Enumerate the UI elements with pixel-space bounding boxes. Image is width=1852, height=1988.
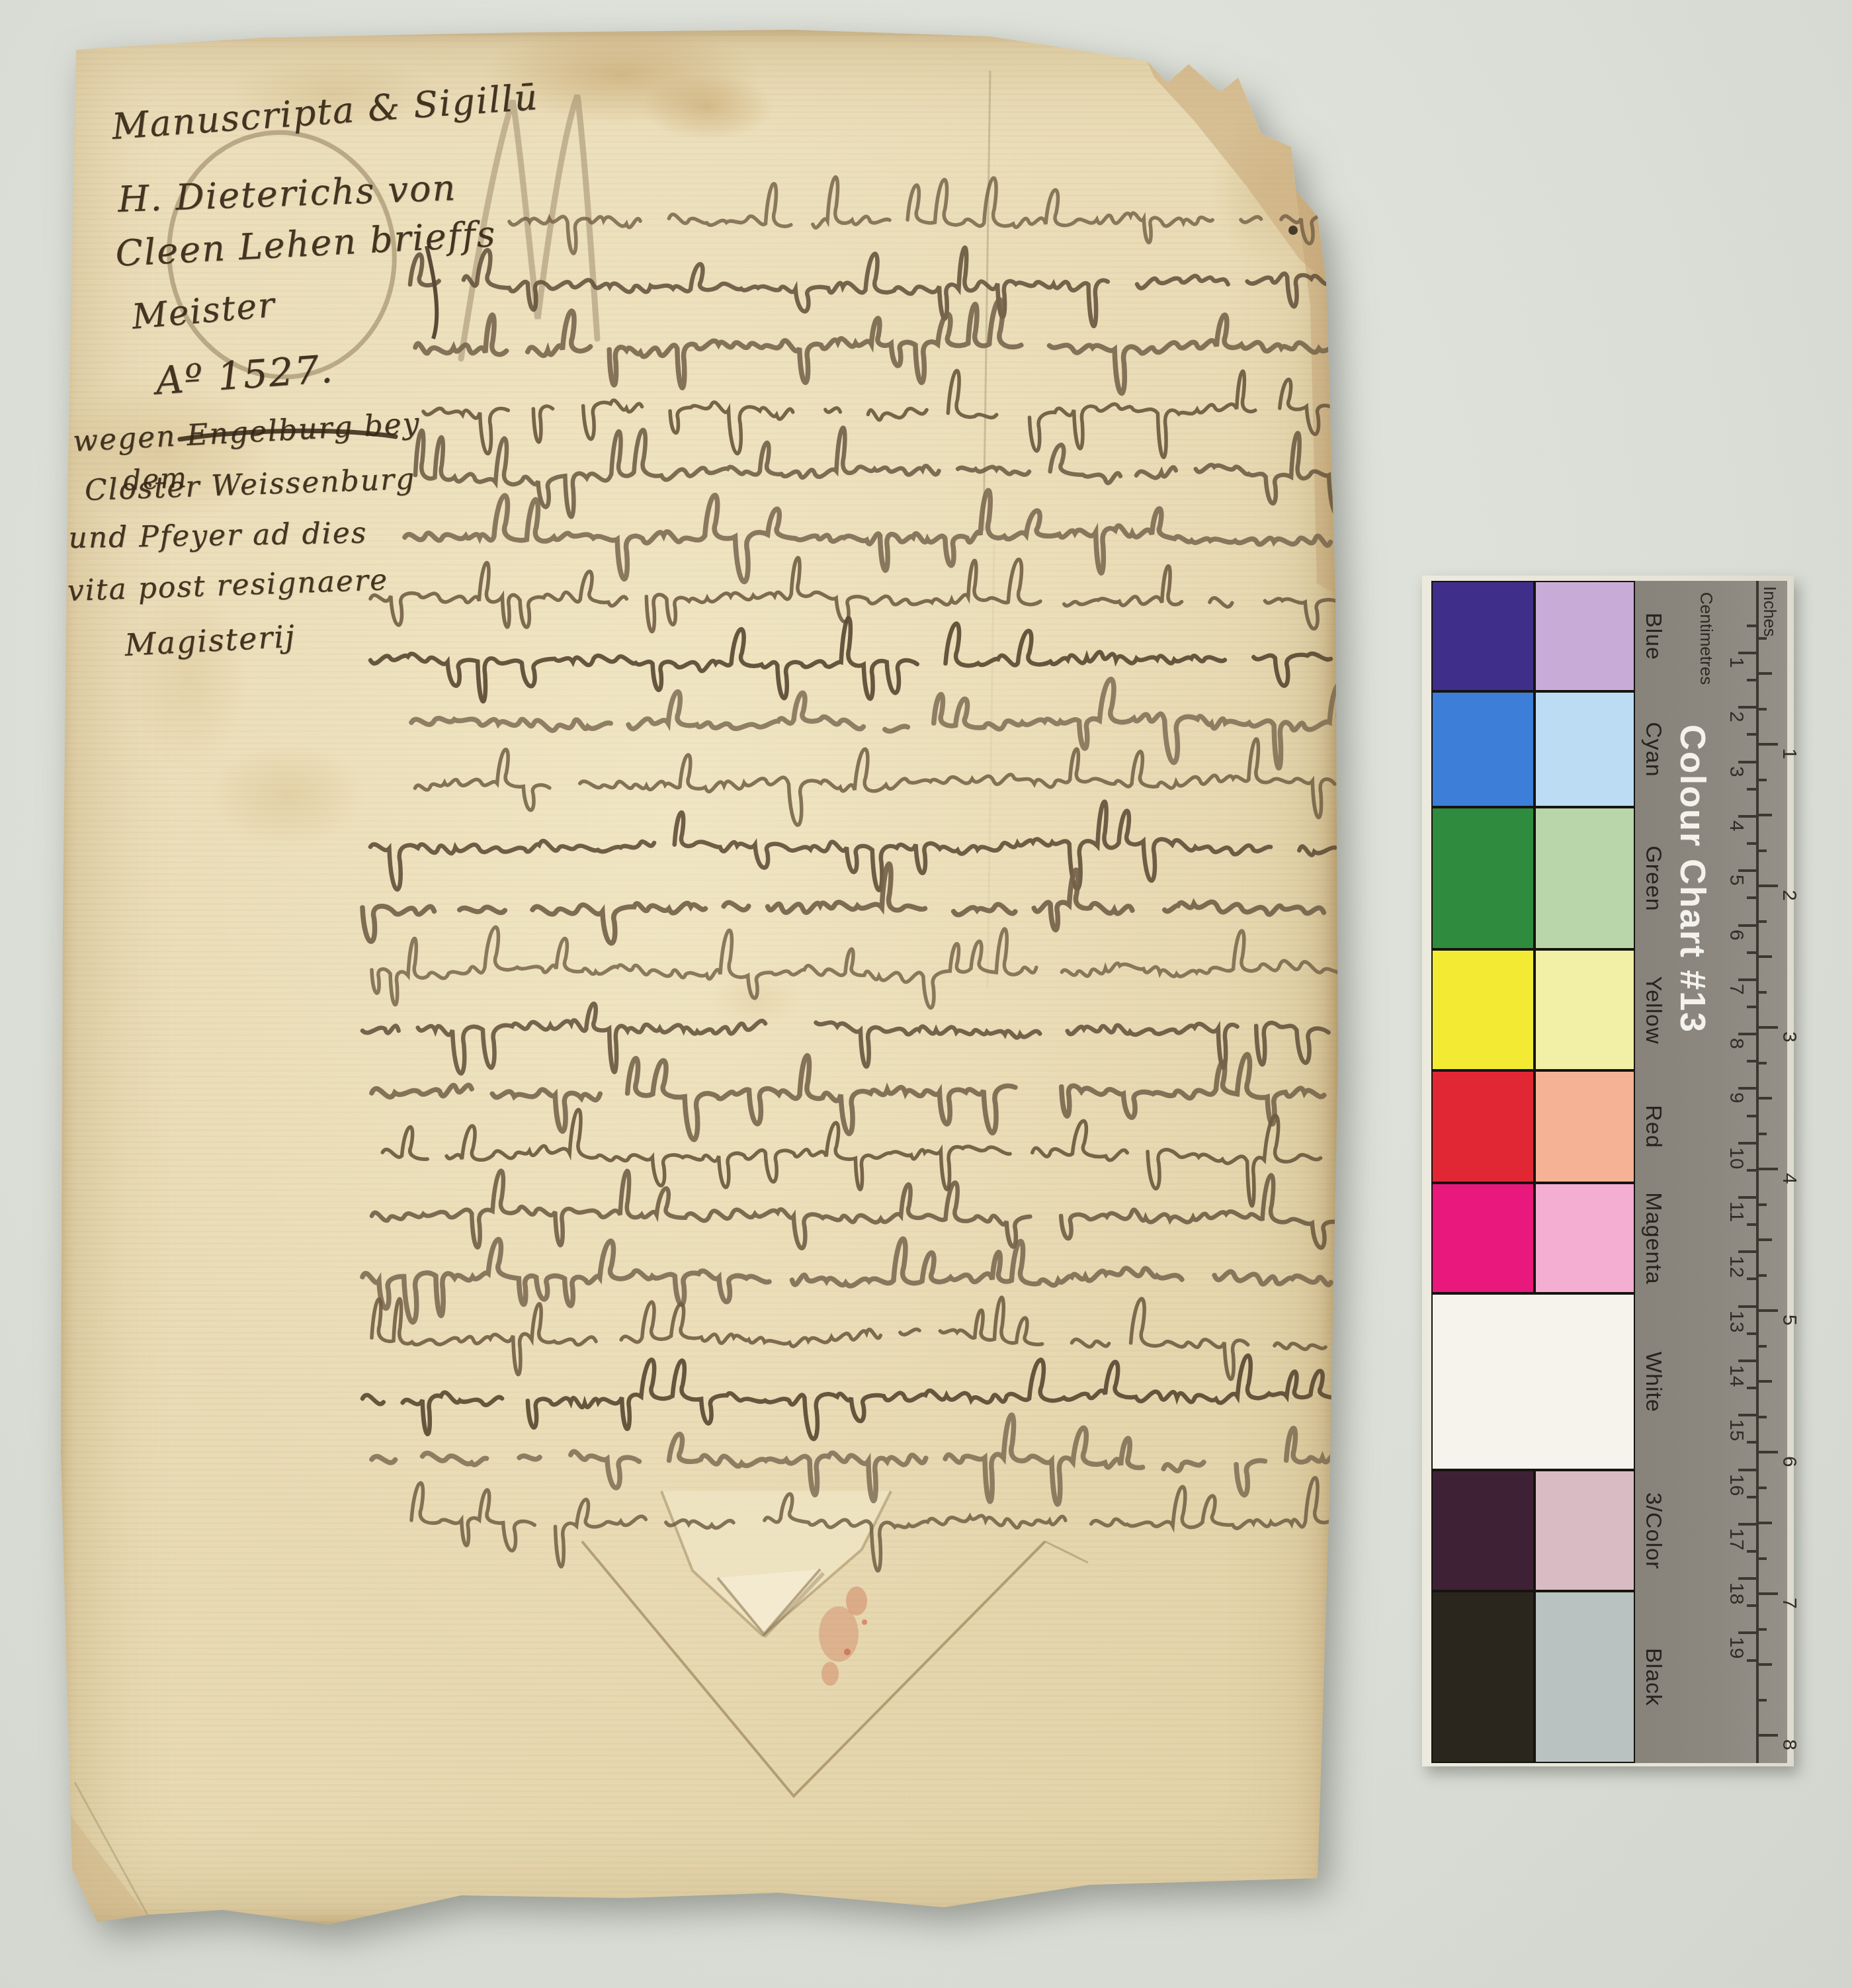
quarter-inch-tick <box>1759 708 1767 711</box>
row-label-cyan: Cyan <box>1640 722 1666 777</box>
quarter-inch-tick <box>1759 1487 1767 1489</box>
cm-tick <box>1738 1360 1756 1362</box>
script-line <box>410 247 1339 326</box>
cm-tick <box>1738 978 1756 981</box>
script-line <box>370 618 1331 701</box>
patch-saturated <box>1433 1072 1533 1182</box>
script-line <box>411 679 1339 768</box>
cm-tick <box>1738 869 1756 872</box>
inch-number: 8 <box>1778 1739 1800 1750</box>
patch-saturated <box>1433 1471 1533 1590</box>
chart-label-band: Colour Chart #13 Centimetres Inches 1234… <box>1635 581 1787 1763</box>
dog-ear-corner <box>69 1814 149 1919</box>
half-cm-tick <box>1747 951 1756 954</box>
cm-tick <box>1738 815 1756 818</box>
cm-number: 15 <box>1725 1419 1747 1441</box>
half-inch-tick <box>1759 1522 1772 1524</box>
half-cm-tick <box>1747 1115 1756 1117</box>
quarter-inch-tick <box>1759 1345 1767 1348</box>
patch-tint <box>1536 582 1634 690</box>
half-cm-tick <box>1747 733 1756 736</box>
cm-tick <box>1738 1033 1756 1035</box>
inch-tick <box>1759 1592 1778 1595</box>
wax-traces <box>819 1586 867 1686</box>
manuscript-page: Manuscripta & SigillūH. Dieterichs vonCl… <box>56 28 1343 1933</box>
row-label-blue: Blue <box>1640 612 1666 660</box>
handwritten-note-margin-4: und Pfeyer ad dies <box>68 516 368 555</box>
quarter-inch-tick <box>1759 1062 1767 1064</box>
half-inch-tick <box>1759 1380 1772 1383</box>
half-inch-tick <box>1759 814 1772 816</box>
patch-tint <box>1536 1471 1634 1590</box>
quarter-inch-tick <box>1759 1133 1767 1135</box>
half-inch-tick <box>1759 955 1772 958</box>
script-line <box>372 927 1339 1008</box>
script-line <box>415 739 1334 825</box>
paper-sheet: Manuscripta & SigillūH. Dieterichs vonCl… <box>56 28 1343 1933</box>
half-cm-tick <box>1747 1332 1756 1335</box>
half-cm-tick <box>1747 1006 1756 1008</box>
half-inch-tick <box>1759 1663 1772 1666</box>
script-line <box>509 177 1331 253</box>
row-label-white: White <box>1640 1352 1666 1412</box>
half-cm-tick <box>1747 1604 1756 1607</box>
cm-tick <box>1738 1142 1756 1145</box>
inch-tick <box>1759 885 1778 887</box>
half-inch-tick <box>1759 1238 1772 1241</box>
patch-saturated <box>1433 1184 1533 1292</box>
script-line <box>362 1239 1331 1322</box>
abbrev-flourish <box>427 246 437 339</box>
half-cm-tick <box>1747 1659 1756 1662</box>
cm-tick <box>1738 1523 1756 1526</box>
inch-number: 5 <box>1778 1315 1800 1326</box>
body-script-lines <box>362 177 1339 1571</box>
half-cm-tick <box>1747 788 1756 791</box>
centimetres-label: Centimetres <box>1696 592 1716 685</box>
patch-row-magenta <box>1431 1183 1635 1293</box>
script-line <box>362 864 1324 943</box>
inch-tick <box>1759 1451 1778 1453</box>
script-line <box>370 802 1335 890</box>
quarter-inch-tick <box>1759 1699 1767 1702</box>
cm-tick <box>1738 1577 1756 1580</box>
cm-number: 12 <box>1725 1256 1747 1277</box>
half-cm-tick <box>1747 1550 1756 1553</box>
cm-tick <box>1738 1414 1756 1416</box>
cm-number: 9 <box>1725 1092 1747 1103</box>
patch-saturated <box>1433 582 1533 690</box>
inch-tick <box>1759 1309 1778 1312</box>
inch-number: 1 <box>1778 748 1800 759</box>
cm-number: 7 <box>1725 984 1747 995</box>
row-label-black: Black <box>1640 1648 1666 1706</box>
cm-tick <box>1738 706 1756 709</box>
inches-label: Inches <box>1759 586 1780 637</box>
inch-number: 7 <box>1778 1598 1800 1609</box>
half-inch-tick <box>1759 672 1772 675</box>
half-cm-tick <box>1747 1169 1756 1172</box>
cm-number: 4 <box>1725 820 1747 832</box>
cm-number: 8 <box>1725 1038 1747 1049</box>
script-line <box>362 1004 1329 1073</box>
half-cm-tick <box>1747 1387 1756 1389</box>
quarter-inch-tick <box>1759 1274 1767 1277</box>
quarter-inch-tick <box>1759 1416 1767 1418</box>
cm-number: 6 <box>1725 929 1747 941</box>
half-cm-tick <box>1747 1060 1756 1062</box>
inch-number: 2 <box>1778 890 1800 901</box>
quarter-inch-tick <box>1759 1557 1767 1560</box>
cm-tick <box>1738 1631 1756 1634</box>
cm-number: 17 <box>1725 1528 1747 1550</box>
quarter-inch-tick <box>1759 1628 1767 1631</box>
half-cm-tick <box>1747 1496 1756 1498</box>
script-line <box>423 370 1337 457</box>
script-line <box>415 428 1339 517</box>
cm-tick <box>1738 1250 1756 1253</box>
patch-row-red <box>1431 1070 1635 1183</box>
cm-number: 11 <box>1725 1201 1747 1222</box>
row-label-green: Green <box>1640 845 1666 912</box>
patch-row-yellow <box>1431 949 1635 1070</box>
cm-number: 1 <box>1725 657 1747 668</box>
cm-number: 19 <box>1725 1637 1747 1659</box>
half-cm-tick <box>1747 1441 1756 1444</box>
patch-tint <box>1536 951 1634 1069</box>
cm-tick <box>1738 1087 1756 1090</box>
script-line <box>415 300 1339 394</box>
torn-corner <box>1147 61 1335 593</box>
half-cm-tick <box>1747 1277 1756 1280</box>
patch-saturated <box>1433 951 1533 1069</box>
patch-saturated <box>1433 1592 1533 1762</box>
inch-number: 6 <box>1778 1456 1800 1467</box>
half-inch-tick <box>1759 1097 1772 1100</box>
cm-number: 16 <box>1725 1474 1747 1496</box>
patch-row-cyan <box>1431 691 1635 807</box>
patch-row-blue <box>1431 581 1635 691</box>
quarter-inch-tick <box>1759 1203 1767 1206</box>
color-patches <box>1431 581 1635 1763</box>
cm-tick <box>1738 924 1756 927</box>
script-line <box>372 1415 1339 1504</box>
script-line <box>372 1297 1326 1379</box>
archival-photo-scene: Manuscripta & SigillūH. Dieterichs vonCl… <box>0 0 1852 1988</box>
cm-tick <box>1738 1305 1756 1308</box>
inch-number: 3 <box>1778 1031 1800 1043</box>
ruler-baseline <box>1756 581 1759 1763</box>
quarter-inch-tick <box>1759 849 1767 852</box>
cm-tick <box>1738 1196 1756 1199</box>
cm-tick <box>1738 652 1756 654</box>
cm-number: 18 <box>1725 1582 1747 1604</box>
quarter-inch-tick <box>1759 779 1767 781</box>
patch-row-black <box>1431 1591 1635 1763</box>
patch-white <box>1433 1295 1634 1469</box>
inch-tick <box>1759 1168 1778 1170</box>
inch-tick <box>1759 743 1778 746</box>
patch-tint <box>1536 808 1634 948</box>
patch-row-3-color <box>1431 1470 1635 1591</box>
patch-row-green <box>1431 807 1635 949</box>
patch-tint <box>1536 1592 1634 1762</box>
patch-tint <box>1536 1184 1634 1292</box>
row-label-yellow: Yellow <box>1640 976 1666 1044</box>
cm-number: 13 <box>1725 1311 1747 1332</box>
cm-number: 10 <box>1725 1147 1747 1169</box>
seal-fold <box>582 1491 1088 1796</box>
row-label-magenta: Magenta <box>1640 1192 1666 1284</box>
patch-saturated <box>1433 693 1533 806</box>
patch-saturated <box>1433 808 1533 948</box>
half-cm-tick <box>1747 679 1756 681</box>
inch-tick <box>1759 1026 1778 1029</box>
inch-number: 4 <box>1778 1173 1800 1184</box>
script-line <box>372 1055 1339 1140</box>
worm-hole <box>1288 226 1298 235</box>
row-label-red: Red <box>1640 1105 1666 1148</box>
inch-tick <box>1759 1734 1778 1737</box>
cm-tick <box>1738 1469 1756 1471</box>
cm-number: 14 <box>1725 1365 1747 1387</box>
patch-row-white <box>1431 1293 1635 1470</box>
half-cm-tick <box>1747 625 1756 627</box>
quarter-inch-tick <box>1759 637 1767 640</box>
chart-title: Colour Chart #13 <box>1672 724 1713 1033</box>
cm-number: 5 <box>1725 875 1747 886</box>
half-cm-tick <box>1747 842 1756 845</box>
cm-tick <box>1738 761 1756 763</box>
cm-number: 3 <box>1725 766 1747 777</box>
script-line <box>362 1356 1339 1439</box>
color-chart-card: Colour Chart #13 Centimetres Inches 1234… <box>1422 576 1794 1766</box>
patch-tint <box>1536 1072 1634 1182</box>
quarter-inch-tick <box>1759 920 1767 923</box>
half-cm-tick <box>1747 896 1756 899</box>
quarter-inch-tick <box>1759 991 1767 994</box>
script-line <box>370 558 1337 632</box>
cm-number: 2 <box>1725 711 1747 722</box>
row-label-3-color: 3/Color <box>1640 1492 1666 1569</box>
half-cm-tick <box>1747 1223 1756 1226</box>
patch-tint <box>1536 693 1634 806</box>
